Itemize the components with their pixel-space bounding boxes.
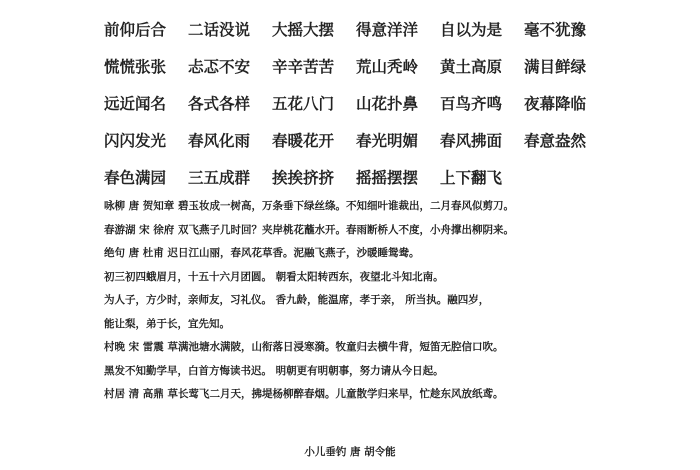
poem-title-centered: 小儿垂钓 唐 胡令能 xyxy=(0,444,700,459)
idiom: 满目鲜绿 xyxy=(524,55,608,77)
idiom: 自以为是 xyxy=(440,18,524,40)
idiom: 五花八门 xyxy=(272,92,356,114)
idiom: 闪闪发光 xyxy=(104,129,188,151)
idiom: 大摇大摆 xyxy=(272,18,356,40)
idiom: 春风化雨 xyxy=(188,129,272,151)
idiom-row: 慌慌张张 忐忑不安 辛辛苦苦 荒山秃岭 黄土高原 满目鲜绿 xyxy=(104,47,608,84)
poem-line: 绝句 唐 杜甫 迟日江山丽，春风花草香。泥融飞燕子，沙暖睡鸳鸯。 xyxy=(104,242,624,266)
poem-line: 为人子，方少时，亲师友，习礼仪。 香九龄，能温席，孝于亲， 所当执。融四岁， xyxy=(104,289,624,313)
idiom: 远近闻名 xyxy=(104,92,188,114)
poem-line: 咏柳 唐 贺知章 碧玉妆成一树高，万条垂下绿丝绦。不知细叶谁裁出，二月春风似剪刀… xyxy=(104,195,624,219)
idiom: 夜幕降临 xyxy=(524,92,608,114)
idiom: 二话没说 xyxy=(188,18,272,40)
poem-list: 咏柳 唐 贺知章 碧玉妆成一树高，万条垂下绿丝绦。不知细叶谁裁出，二月春风似剪刀… xyxy=(104,195,624,407)
idiom: 百鸟齐鸣 xyxy=(440,92,524,114)
idiom: 慌慌张张 xyxy=(104,55,188,77)
idiom: 前仰后合 xyxy=(104,18,188,40)
idiom: 辛辛苦苦 xyxy=(272,55,356,77)
poem-line: 村晚 宋 雷震 草满池塘水满陂，山衔落日浸寒漪。牧童归去横牛背，短笛无腔信口吹。 xyxy=(104,336,624,360)
idiom-row: 春色满园 三五成群 挨挨挤挤 摇摇摆摆 上下翻飞 xyxy=(104,158,608,195)
idiom: 春色满园 xyxy=(104,166,188,188)
idiom: 春光明媚 xyxy=(356,129,440,151)
idiom-row: 远近闻名 各式各样 五花八门 山花扑鼻 百鸟齐鸣 夜幕降临 xyxy=(104,84,608,121)
idiom: 山花扑鼻 xyxy=(356,92,440,114)
idiom: 春风拂面 xyxy=(440,129,524,151)
idiom: 春暖花开 xyxy=(272,129,356,151)
idiom: 挨挨挤挤 xyxy=(272,166,356,188)
idiom: 各式各样 xyxy=(188,92,272,114)
poem-line: 能让梨，弟于长，宜先知。 xyxy=(104,313,624,337)
poem-line: 初三初四蛾眉月，十五十六月团圆。 朝看太阳转西东，夜望北斗知北南。 xyxy=(104,266,624,290)
idiom-grid: 前仰后合 二话没说 大摇大摆 得意洋洋 自以为是 毫不犹豫 慌慌张张 忐忑不安 … xyxy=(104,10,608,195)
idiom: 三五成群 xyxy=(188,166,272,188)
idiom: 黄土高原 xyxy=(440,55,524,77)
idiom-row: 前仰后合 二话没说 大摇大摆 得意洋洋 自以为是 毫不犹豫 xyxy=(104,10,608,47)
idiom: 摇摇摆摆 xyxy=(356,166,440,188)
idiom: 忐忑不安 xyxy=(188,55,272,77)
idiom: 上下翻飞 xyxy=(440,166,524,188)
idiom-row: 闪闪发光 春风化雨 春暖花开 春光明媚 春风拂面 春意盎然 xyxy=(104,121,608,158)
poem-line: 村居 清 高鼎 草长莺飞二月天，拂堤杨柳醉春烟。儿童散学归来早，忙趁东风放纸鸢。 xyxy=(104,383,624,407)
idiom: 得意洋洋 xyxy=(356,18,440,40)
idiom: 春意盎然 xyxy=(524,129,608,151)
poem-line: 春游湖 宋 徐府 双飞燕子几时回？夹岸桃花蘸水开。春雨断桥人不度，小舟撑出柳阴来… xyxy=(104,219,624,243)
idiom: 毫不犹豫 xyxy=(524,18,608,40)
poem-line: 黑发不知勤学早，白首方悔读书迟。 明朝更有明朝事，努力请从今日起。 xyxy=(104,360,624,384)
idiom: 荒山秃岭 xyxy=(356,55,440,77)
